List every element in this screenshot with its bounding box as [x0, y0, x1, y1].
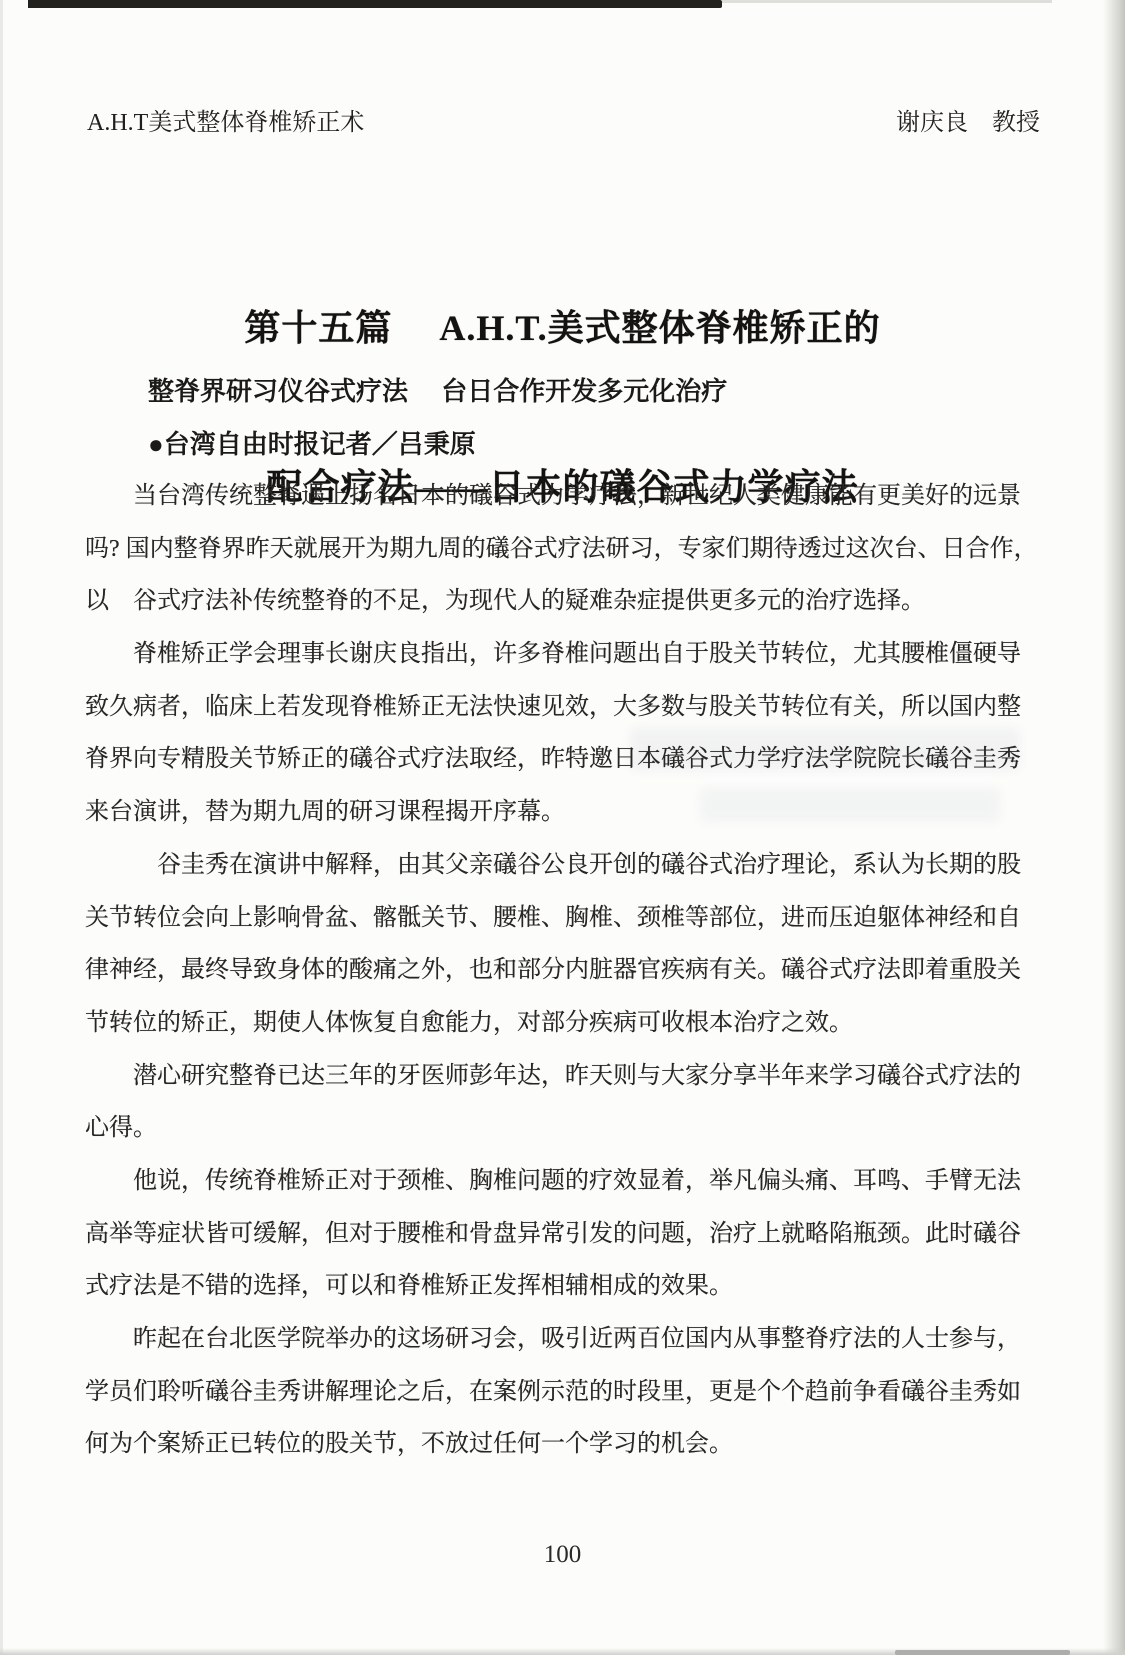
body-line: 心得。 — [85, 1102, 1043, 1155]
scan-artifact-bottom-dark-segment — [895, 1650, 1070, 1655]
body-line: 潜心研究整脊已达三年的牙医师彭年达，昨天则与大家分享半年来学习礒谷式疗法的 — [85, 1050, 1043, 1103]
body-line: 律神经，最终导致身体的酸痛之外，也和部分内脏器官疾病有关。礒谷式疗法即着重股关 — [85, 944, 1043, 997]
body-line: 当台湾传统整脊遇上扬名日本的礒谷式力学疗法，新世纪人类健康能有更美好的远景 — [85, 470, 1043, 523]
body-line: 脊椎矫正学会理事长谢庆良指出，许多脊椎问题出自于股关节转位，尤其腰椎僵硬导 — [85, 628, 1043, 681]
scan-artifact-top-bar — [28, 0, 722, 8]
body-line: 学员们聆听礒谷圭秀讲解理论之后，在案例示范的时段里，更是个个趋前争看礒谷圭秀如 — [85, 1366, 1043, 1419]
section-heading: 整脊界研习仪谷式疗法 台日合作开发多元化治疗 — [148, 371, 727, 411]
body-line: 何为个案矫正已转位的股关节，不放过任何一个学习的机会。 — [85, 1418, 1043, 1471]
running-header: A.H.T美式整体脊椎矫正术 谢庆良 教授 — [87, 106, 1040, 140]
body-line: 以 谷式疗法补传统整脊的不足，为现代人的疑难杂症提供更多元的治疗选择。 — [85, 575, 1043, 628]
chapter-title-line-1: 第十五篇 A.H.T.美式整体脊椎矫正的 — [0, 302, 1125, 355]
body-line: 节转位的矫正，期使人体恢复自愈能力，对部分疾病可收根本治疗之效。 — [85, 997, 1043, 1050]
page-number: 100 — [0, 1541, 1125, 1569]
header-book-title: A.H.T美式整体脊椎矫正术 — [87, 106, 364, 140]
body-line: 吗? 国内整脊界昨天就展开为期九周的礒谷式疗法研习，专家们期待透过这次台、日合作… — [85, 523, 1043, 576]
scan-artifact-top-hairline — [722, 0, 1052, 3]
body-line: 高举等症状皆可缓解，但对于腰椎和骨盘异常引发的问题，治疗上就略陷瓶颈。此时礒谷 — [85, 1208, 1043, 1261]
body-line: 式疗法是不错的选择，可以和脊椎矫正发挥相辅相成的效果。 — [85, 1260, 1043, 1313]
body-line: 谷圭秀在演讲中解释，由其父亲礒谷公良开创的礒谷式治疗理论，系认为长期的股 — [85, 839, 1043, 892]
body-line: 昨起在台北医学院举办的这场研习会，吸引近两百位国内从事整脊疗法的人士参与， — [85, 1313, 1043, 1366]
article-body: 当台湾传统整脊遇上扬名日本的礒谷式力学疗法，新世纪人类健康能有更美好的远景 吗?… — [85, 470, 1043, 1471]
body-line: 关节转位会向上影响骨盆、髂骶关节、腰椎、胸椎、颈椎等部位，进而压迫躯体神经和自 — [85, 892, 1043, 945]
body-line: 脊界向专精股关节矫正的礒谷式疗法取经，昨特邀日本礒谷式力学疗法学院院长礒谷圭秀 — [85, 733, 1043, 786]
body-line: 他说，传统脊椎矫正对于颈椎、胸椎问题的疗效显着，举凡偏头痛、耳鸣、手臂无法 — [85, 1155, 1043, 1208]
scanned-page: A.H.T美式整体脊椎矫正术 谢庆良 教授 第十五篇 A.H.T.美式整体脊椎矫… — [0, 0, 1125, 1655]
body-line: 致久病者，临床上若发现脊椎矫正无法快速见效，大多数与股关节转位有关，所以国内整 — [85, 681, 1043, 734]
byline: ●台湾自由时报记者／吕秉原 — [148, 424, 476, 464]
header-author: 谢庆良 教授 — [896, 106, 1040, 140]
body-line: 来台演讲，替为期九周的研习课程揭开序幕。 — [85, 786, 1043, 839]
